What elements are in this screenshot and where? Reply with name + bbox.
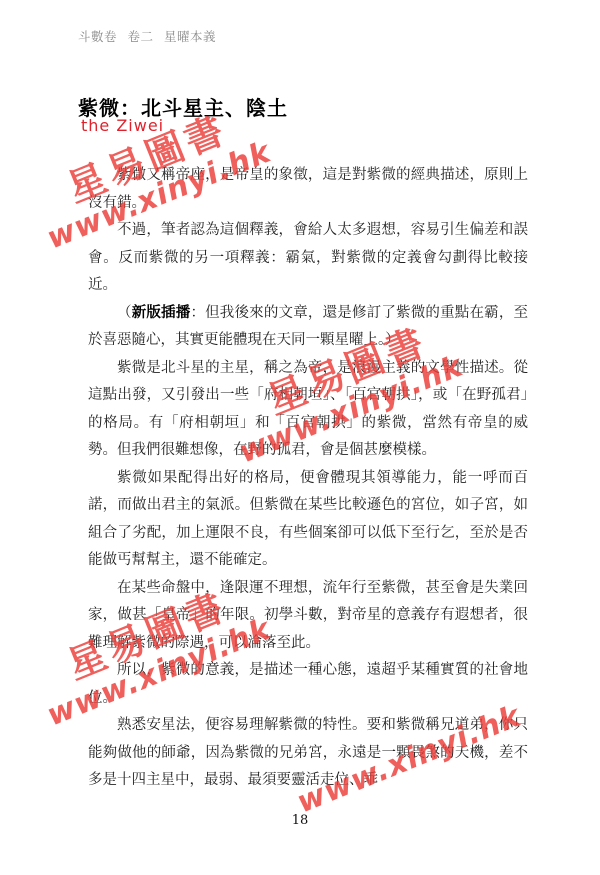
paragraph-5: 紫微如果配得出好的格局，便會體現其領導能力，能一呼而百諾，而做出君主的氣派。但紫… [88,465,528,575]
paragraph-7: 所以，紫微的意義，是描述一種心態，遠超乎某種實質的社會地位。 [88,657,528,712]
header-book: 斗數卷 [78,29,117,44]
running-header: 斗數卷 卷二 星曜本義 [78,27,222,45]
header-section: 星曜本義 [164,29,216,44]
new-edition-label: 新版插播 [132,305,191,321]
paragraph-2: 不過，筆者認為這個釋義，會給人太多遐想，容易引生偏差和誤會。反而紫微的另一項釋義… [88,217,528,300]
page-number: 18 [0,813,600,828]
body-text: 紫微又稱帝座，是帝皇的象徵，這是對紫微的經典描述，原則上沒有錯。 不過，筆者認為… [88,162,528,795]
chapter-subtitle: the Ziwei [81,116,164,135]
paragraph-6: 在某些命盤中，逢限運不理想，流年行至紫微，甚至會是失業回家，做甚「皇帝」的年限。… [88,575,528,658]
paragraph-4: 紫微是北斗星的主星，稱之為帝，是浪漫主義的文學性描述。從這點出發，又引發出一些「… [88,355,528,465]
paragraph-8: 熟悉安星法，便容易理解紫微的特性。要和紫微稱兄道弟，你只能夠做他的師爺，因為紫微… [88,712,528,795]
paragraph-3-note: （新版插播：但我後來的文章，還是修訂了紫微的重點在霸，至於喜惡隨心，其實更能體現… [88,300,528,355]
paragraph-1: 紫微又稱帝座，是帝皇的象徵，這是對紫微的經典描述，原則上沒有錯。 [88,162,528,217]
header-volume: 卷二 [128,29,154,44]
